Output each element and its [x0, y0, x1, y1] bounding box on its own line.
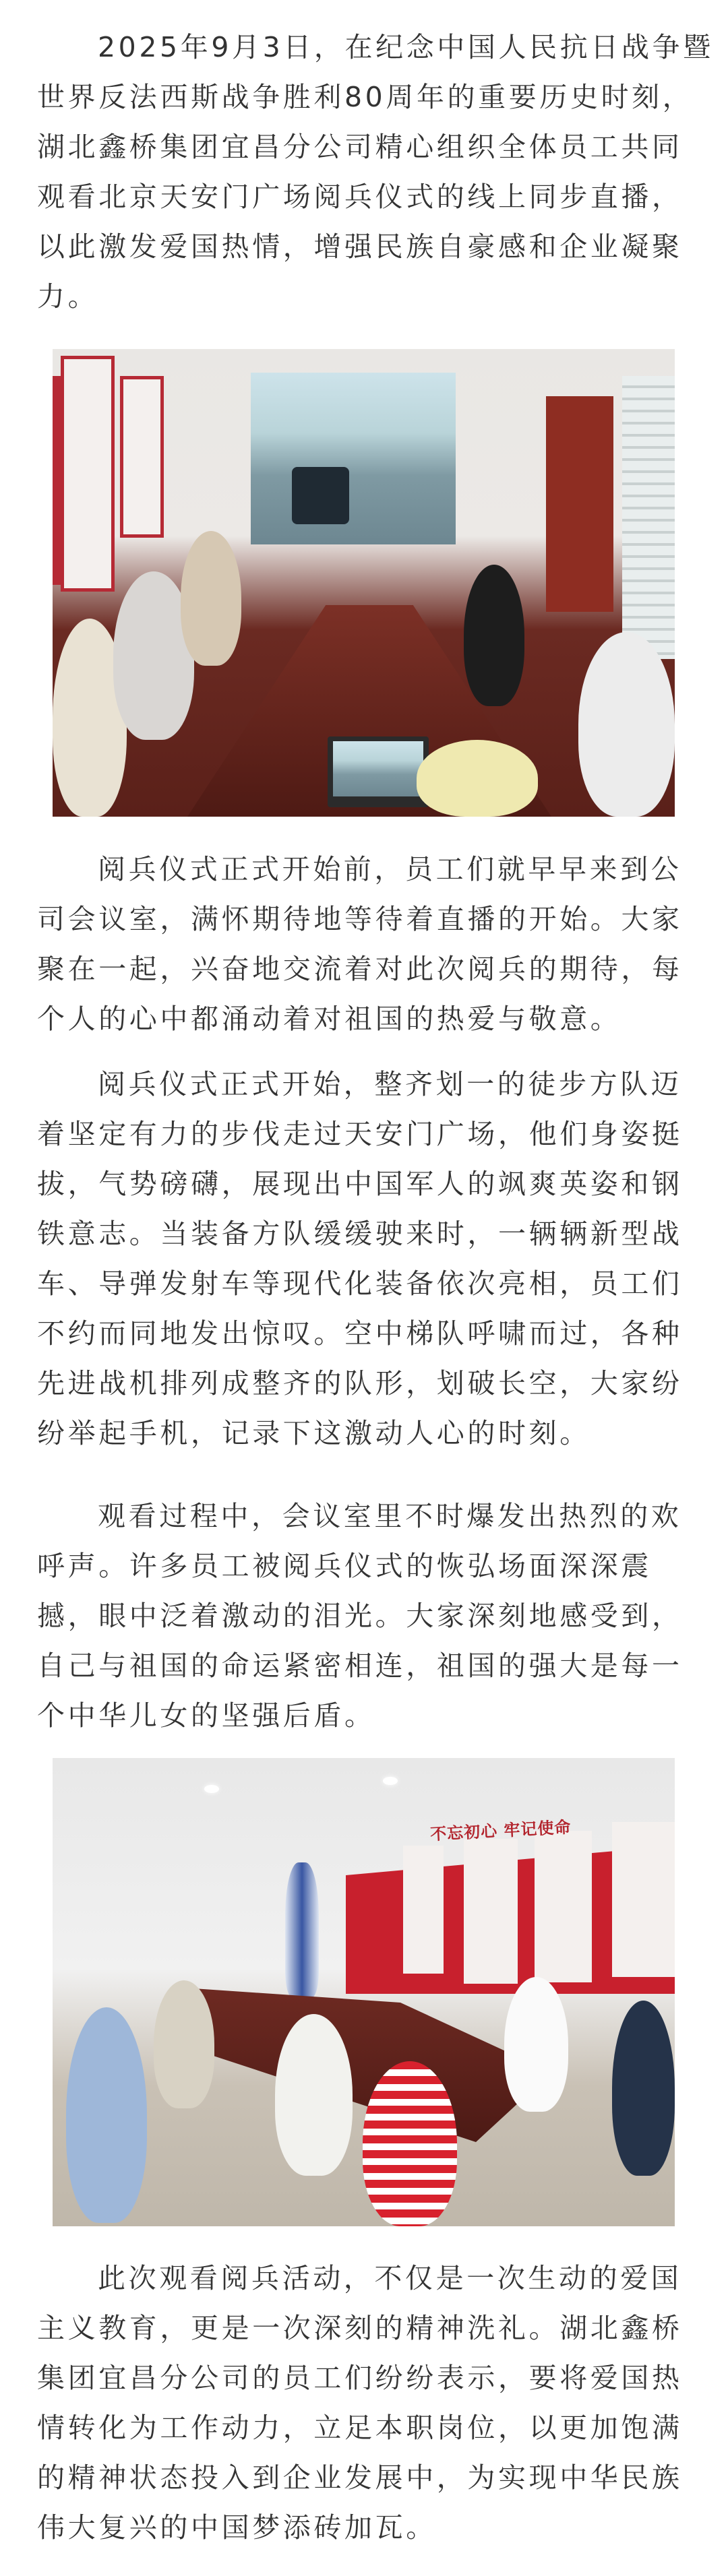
text-line: 湖北鑫桥集团宜昌分公司精心组织全体员工共同 — [37, 122, 698, 172]
text-line: 的精神状态投入到企业发展中，为实现中华民族 — [37, 2453, 698, 2503]
door — [546, 396, 613, 612]
text-line: 集团宜昌分公司的员工们纷纷表示，要将爱国热 — [37, 2353, 698, 2403]
text-line: 着坚定有力的步伐走过天安门广场，他们身姿挺 — [37, 1109, 698, 1159]
text-line: 此次观看阅兵活动，不仅是一次生动的爱国 — [37, 2253, 698, 2303]
projection-screen — [251, 373, 456, 544]
text-line: 世界反法西斯战争胜利80周年的重要历史时刻， — [37, 72, 698, 122]
wall-panel — [120, 376, 164, 538]
text-line: 自己与祖国的命运紧密相连，祖国的强大是每一 — [37, 1641, 698, 1691]
person — [154, 1980, 214, 2108]
ceiling-light — [383, 1777, 398, 1785]
photo-group-watching: 不忘初心 牢记使命 — [53, 1758, 675, 2226]
glass-partition — [622, 376, 675, 659]
text-line: 以此激发爱国热情，增强民族自豪感和企业凝聚 — [37, 222, 698, 272]
photo-meeting-room-projection — [53, 349, 675, 817]
wall-panel — [612, 1822, 675, 1977]
text-line: 阅兵仪式正式开始前，员工们就早早来到公 — [37, 844, 698, 894]
text-line: 聚在一起，兴奋地交流着对此次阅兵的期待，每 — [37, 944, 698, 994]
text-line: 纷举起手机，记录下这激动人心的时刻。 — [37, 1408, 698, 1458]
person — [363, 2061, 457, 2226]
text-line: 2025年9月3日，在纪念中国人民抗日战争暨 — [37, 22, 698, 72]
person — [181, 531, 241, 666]
person — [504, 1977, 568, 2112]
text-line: 情转化为工作动力，立足本职岗位，以更加饱满 — [37, 2403, 698, 2453]
paragraph-conclusion: 此次观看阅兵活动，不仅是一次生动的爱国 主义教育，更是一次深刻的精神洗礼。湖北鑫… — [37, 2253, 698, 2552]
person — [612, 2001, 675, 2176]
paragraph-intro: 2025年9月3日，在纪念中国人民抗日战争暨 世界反法西斯战争胜利80周年的重要… — [37, 22, 698, 321]
text-line: 主义教育，更是一次深刻的精神洗礼。湖北鑫桥 — [37, 2303, 698, 2353]
person — [578, 632, 675, 817]
text-line: 个人的心中都涌动着对祖国的热爱与敬意。 — [37, 994, 698, 1044]
person — [464, 565, 524, 706]
text-line: 铁意志。当装备方队缓缓驶来时，一辆辆新型战 — [37, 1209, 698, 1259]
wall-panel — [535, 1831, 592, 1982]
person — [417, 740, 538, 817]
paragraph-before-parade: 阅兵仪式正式开始前，员工们就早早来到公 司会议室，满怀期待地等待着直播的开始。大… — [37, 844, 698, 1044]
text-line: 先进战机排列成整齐的队形，划破长空，大家纷 — [37, 1358, 698, 1408]
ceiling-light — [204, 1785, 219, 1793]
laptop-screen — [333, 741, 423, 796]
text-line: 呼声。许多员工被阅兵仪式的恢弘场面深深震 — [37, 1541, 698, 1591]
text-line: 伟大复兴的中国梦添砖加瓦。 — [37, 2503, 698, 2552]
wall-panel — [61, 356, 115, 592]
parade-car — [292, 467, 349, 524]
text-line: 拔，气势磅礴，展现出中国军人的飒爽英姿和钢 — [37, 1159, 698, 1209]
wall-panel — [464, 1839, 518, 1984]
person — [275, 2014, 353, 2176]
vase — [285, 1862, 319, 1997]
text-line: 个中华儿女的坚强后盾。 — [37, 1691, 698, 1740]
text-line: 观看过程中，会议室里不时爆发出热烈的欢 — [37, 1491, 698, 1541]
person — [66, 2007, 147, 2223]
paragraph-watching: 观看过程中，会议室里不时爆发出热烈的欢 呼声。许多员工被阅兵仪式的恢弘场面深深震… — [37, 1491, 698, 1740]
text-line: 力。 — [37, 272, 698, 321]
wall-panel — [403, 1846, 444, 1974]
text-line: 司会议室，满怀期待地等待着直播的开始。大家 — [37, 894, 698, 944]
text-line: 观看北京天安门广场阅兵仪式的线上同步直播， — [37, 172, 698, 222]
paragraph-parade: 阅兵仪式正式开始，整齐划一的徒步方队迈 着坚定有力的步伐走过天安门广场，他们身姿… — [37, 1059, 698, 1458]
text-line: 不约而同地发出惊叹。空中梯队呼啸而过，各种 — [37, 1309, 698, 1358]
text-line: 阅兵仪式正式开始，整齐划一的徒步方队迈 — [37, 1059, 698, 1109]
text-line: 车、导弹发射车等现代化装备依次亮相，员工们 — [37, 1259, 698, 1309]
text-line: 撼，眼中泛着激动的泪光。大家深刻地感受到， — [37, 1591, 698, 1641]
conference-table — [174, 1987, 551, 2142]
